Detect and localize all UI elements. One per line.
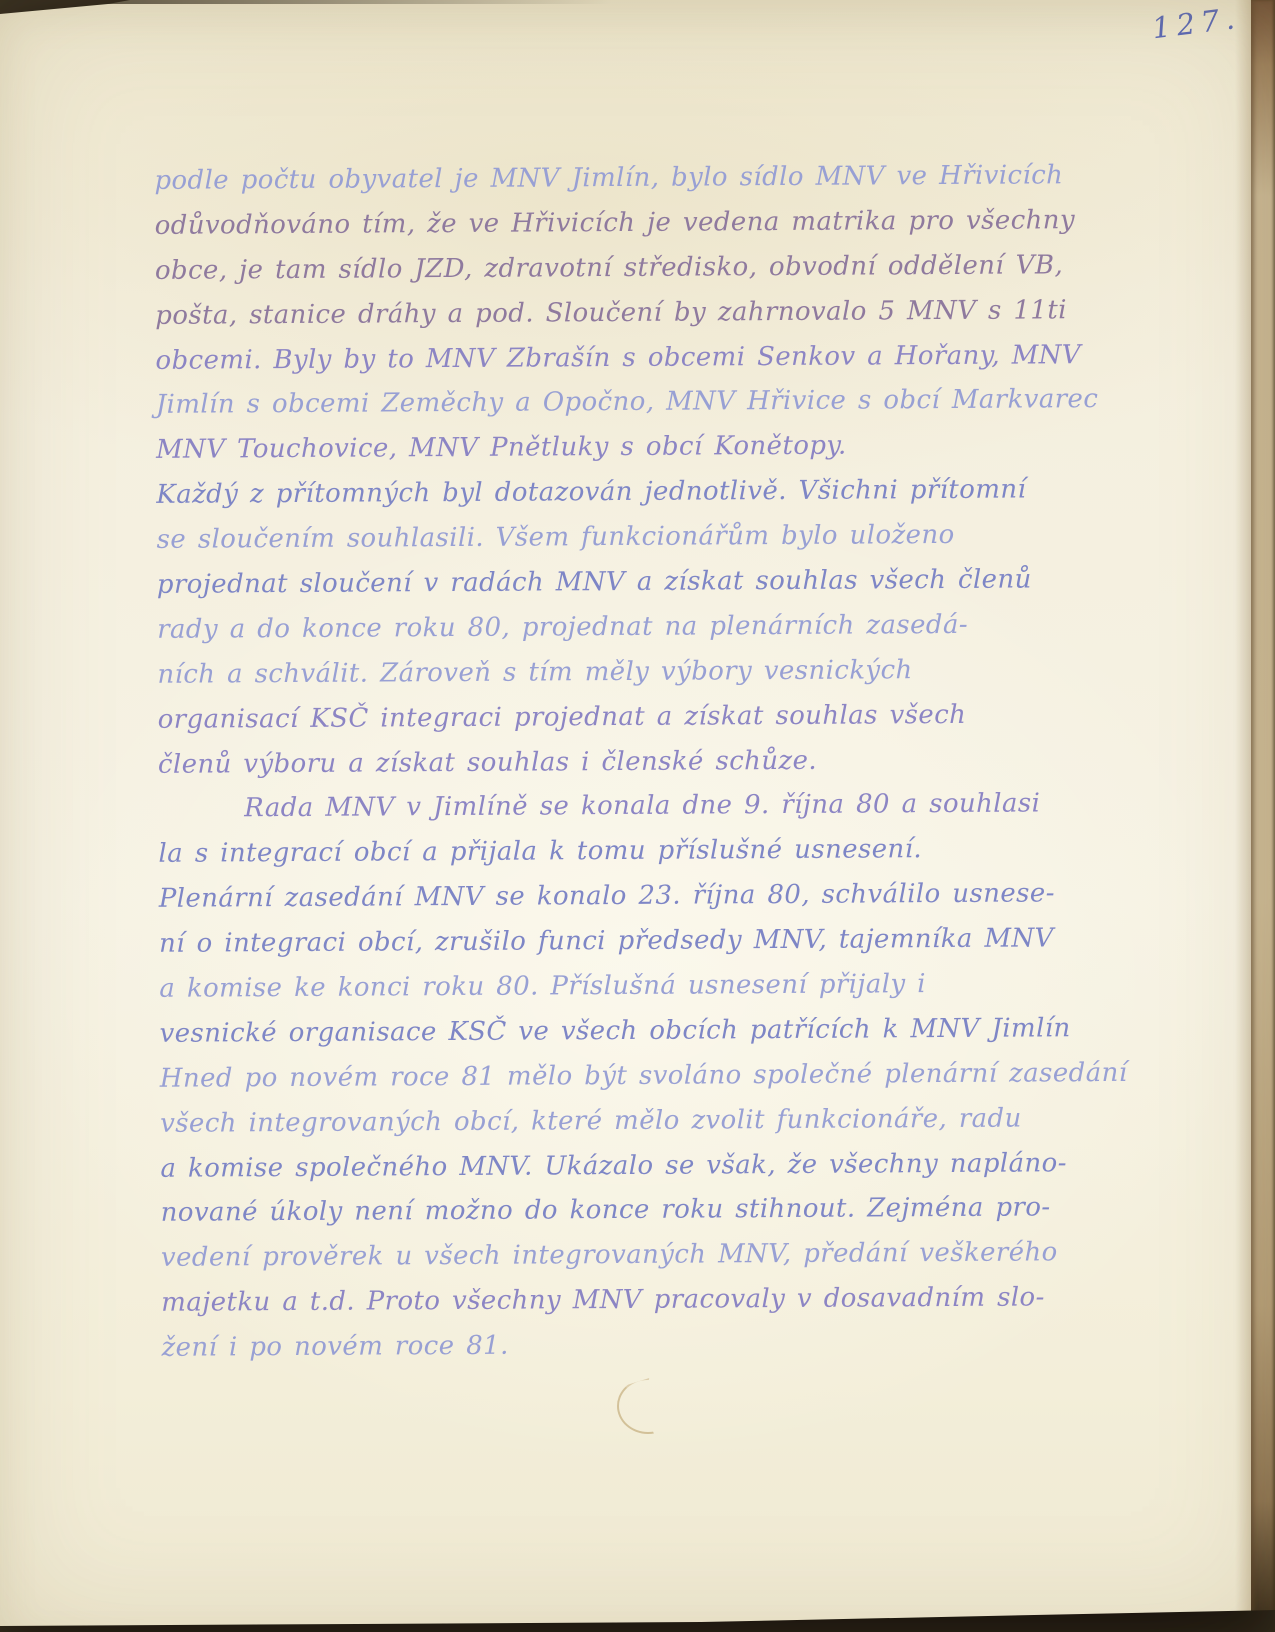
- scan-top-left-corner: [0, 0, 130, 14]
- handwritten-text-block: podle počtu obyvatel je MNV Jimlín, bylo…: [154, 160, 1081, 1378]
- manuscript-line: vedení prověrek u všech integrovaných MN…: [161, 1238, 1081, 1289]
- manuscript-line: Každý z přítomných byl dotazován jednotl…: [156, 474, 1076, 525]
- manuscript-line: a komise ke konci roku 80. Příslušná usn…: [159, 968, 1079, 1019]
- manuscript-page: 127. podle počtu obyvatel je MNV Jimlín,…: [0, 0, 1275, 1632]
- manuscript-line: organisací KSČ integraci projednat a zís…: [158, 699, 1078, 750]
- manuscript-line: ní o integraci obcí, zrušilo funci předs…: [159, 923, 1079, 974]
- manuscript-line-paragraph-start: Rada MNV v Jimlíně se konala dne 9. říjn…: [158, 789, 1078, 840]
- manuscript-line: rady a do konce roku 80, projednat na pl…: [157, 609, 1077, 660]
- manuscript-line: nované úkoly není možno do konce roku st…: [161, 1193, 1081, 1244]
- manuscript-line: všech integrovaných obcí, které mělo zvo…: [160, 1103, 1080, 1154]
- manuscript-line: členů výboru a získat souhlas i členské …: [158, 744, 1078, 795]
- manuscript-line: odůvodňováno tím, že ve Hřivicích je ved…: [155, 205, 1075, 256]
- manuscript-line: vesnické organisace KSČ ve všech obcích …: [160, 1013, 1080, 1064]
- pencil-arc-mark: [617, 1378, 679, 1434]
- scan-bottom-edge: [0, 1600, 1275, 1632]
- manuscript-line: Plenární zasedání MNV se konalo 23. říjn…: [159, 878, 1079, 929]
- manuscript-line: la s integrací obcí a přijala k tomu pří…: [158, 834, 1078, 885]
- manuscript-line: podle počtu obyvatel je MNV Jimlín, bylo…: [154, 160, 1074, 211]
- manuscript-line: a komise společného MNV. Ukázalo se však…: [160, 1148, 1080, 1199]
- manuscript-line: Jimlín s obcemi Zeměchy a Opočno, MNV Hř…: [156, 385, 1076, 436]
- manuscript-line: MNV Touchovice, MNV Pnětluky s obcí Koně…: [156, 430, 1076, 481]
- manuscript-line: Hned po novém roce 81 mělo být svoláno s…: [160, 1058, 1080, 1109]
- manuscript-line: majetku a t.d. Proto všechny MNV pracova…: [161, 1282, 1081, 1333]
- manuscript-line: ních a schválit. Zároveň s tím měly výbo…: [157, 654, 1077, 705]
- manuscript-line: pošta, stanice dráhy a pod. Sloučení by …: [155, 295, 1075, 346]
- manuscript-line: obce, je tam sídlo JZD, zdravotní středi…: [155, 250, 1075, 301]
- manuscript-line: projednat sloučení v radách MNV a získat…: [157, 564, 1077, 615]
- book-page-edges: [1251, 0, 1275, 1632]
- manuscript-line: se sloučením souhlasili. Všem funkcionář…: [157, 519, 1077, 570]
- manuscript-line: žení i po novém roce 81.: [161, 1327, 1081, 1378]
- page-number: 127.: [1150, 1, 1242, 46]
- manuscript-line: obcemi. Byly by to MNV Zbrašín s obcemi …: [155, 340, 1075, 391]
